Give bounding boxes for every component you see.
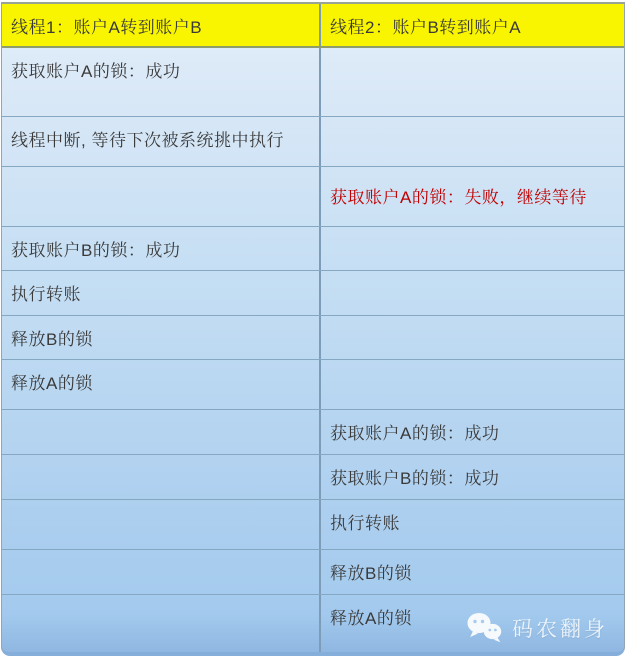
thread2-cell [319, 48, 624, 116]
thread2-cell [319, 316, 624, 359]
thread1-cell: 获取账户B的锁：成功 [2, 227, 319, 270]
table-row: 执行转账 [2, 499, 624, 549]
cell-text: 获取账户A的锁：成功 [330, 424, 499, 443]
thread1-cell [2, 455, 319, 499]
table-header-thread1: 线程1：账户A转到账户B [2, 4, 319, 46]
cell-text: 释放A的锁 [11, 374, 93, 393]
table-row: 获取账户A的锁：成功 [2, 409, 624, 454]
table-row: 获取账户B的锁：成功 [2, 454, 624, 499]
thread1-cell [2, 550, 319, 594]
table-header-thread2: 线程2：账户B转到账户A [319, 4, 624, 46]
table-row: 线程中断, 等待下次被系统挑中执行 [2, 116, 624, 166]
thread2-cell: 获取账户A的锁：失败，继续等待 [319, 167, 624, 226]
cell-text: 释放B的锁 [330, 564, 412, 583]
cell-text: 释放B的锁 [11, 330, 93, 349]
thread1-cell: 释放A的锁 [2, 360, 319, 409]
table-row: 获取账户B的锁：成功 [2, 226, 624, 270]
thread1-cell: 释放B的锁 [2, 316, 319, 359]
thread2-cell: 获取账户A的锁：成功 [319, 410, 624, 454]
thread1-cell [2, 595, 319, 652]
thread1-cell [2, 410, 319, 454]
thread1-cell [2, 167, 319, 226]
cell-text: 释放A的锁 [330, 609, 412, 628]
cell-text: 执行转账 [11, 285, 81, 304]
table-row: 获取账户A的锁：失败，继续等待 [2, 166, 624, 226]
table-row: 释放B的锁 [2, 549, 624, 594]
watermark-label: 码农翻身 [512, 613, 608, 643]
thread2-cell: 获取账户B的锁：成功 [319, 455, 624, 499]
thread2-cell [319, 360, 624, 409]
table-header-row: 线程1：账户A转到账户B 线程2：账户B转到账户A [2, 4, 624, 48]
table-body: 获取账户A的锁：成功线程中断, 等待下次被系统挑中执行获取账户A的锁：失败，继续… [2, 48, 624, 652]
table-row: 执行转账 [2, 270, 624, 315]
thread-timeline-table: 线程1：账户A转到账户B 线程2：账户B转到账户A 获取账户A的锁：成功线程中断… [1, 2, 625, 656]
thread1-cell: 线程中断, 等待下次被系统挑中执行 [2, 117, 319, 166]
wechat-icon [466, 612, 503, 643]
table-row: 获取账户A的锁：成功 [2, 48, 624, 116]
thread2-cell [319, 271, 624, 315]
thread2-cell: 释放B的锁 [319, 550, 624, 594]
thread2-cell: 执行转账 [319, 500, 624, 549]
table-row: 释放B的锁 [2, 315, 624, 359]
thread1-cell: 执行转账 [2, 271, 319, 315]
cell-text: 获取账户B的锁：成功 [330, 469, 499, 488]
thread2-cell [319, 227, 624, 270]
cell-text: 线程中断, 等待下次被系统挑中执行 [11, 131, 284, 150]
cell-text: 获取账户A的锁：成功 [11, 62, 180, 81]
cell-text: 执行转账 [330, 514, 400, 533]
table-row: 释放A的锁 [2, 359, 624, 409]
watermark: 码农翻身 [466, 612, 608, 643]
thread1-cell: 获取账户A的锁：成功 [2, 48, 319, 116]
thread2-cell [319, 117, 624, 166]
thread1-cell [2, 500, 319, 549]
cell-text: 获取账户B的锁：成功 [11, 241, 180, 260]
cell-text: 获取账户A的锁：失败，继续等待 [330, 188, 587, 207]
